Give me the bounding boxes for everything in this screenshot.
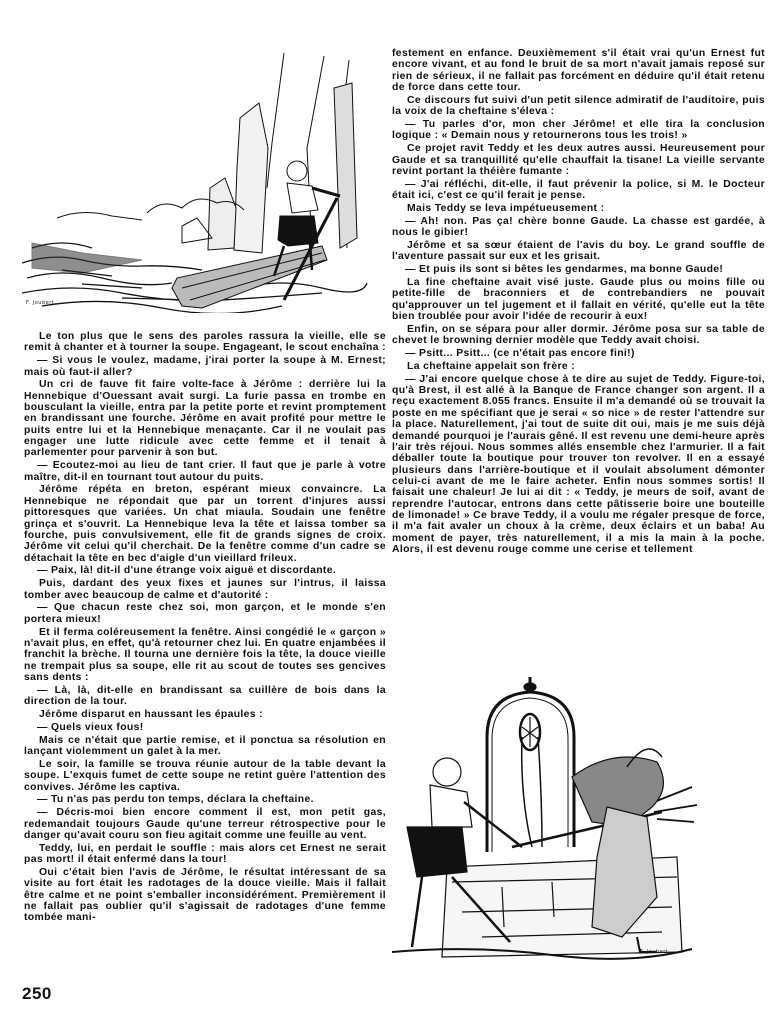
well-illustration: F. Joubert: [392, 677, 712, 972]
boat-illustration: F. Joubert: [22, 38, 372, 313]
paragraph-continued: festement en enfance. Deuxièmement s'il …: [392, 48, 765, 93]
page-number: 250: [22, 984, 52, 1004]
paragraph-dialog: — Psitt... Psitt... (ce n'était pas enco…: [392, 348, 765, 359]
paragraph: Mais Teddy se leva impétueusement :: [392, 203, 765, 214]
paragraph-dialog: — Quels vieux fous!: [24, 722, 386, 733]
paragraph: Ce projet ravit Teddy et les deux autres…: [392, 143, 765, 177]
paragraph: Jérôme disparut en haussant les épaules …: [24, 709, 386, 720]
boat-scene-drawing: [22, 38, 372, 313]
paragraph: Enfin, on se sépara pour aller dormir. J…: [392, 324, 765, 347]
paragraph: La fine cheftaine avait visé juste. Gaud…: [392, 277, 765, 322]
paragraph: Le ton plus que le sens des paroles rass…: [24, 331, 386, 354]
paragraph: Mais ce n'était que partie remise, et il…: [24, 735, 386, 758]
paragraph-dialog: — Paix, là! dit-il d'une étrange voix ai…: [24, 565, 386, 576]
paragraph: Teddy, lui, en perdait le souffle : mais…: [24, 843, 386, 866]
left-text-column: Le ton plus que le sens des paroles rass…: [24, 331, 386, 925]
paragraph: Puis, dardant des yeux fixes et jaunes s…: [24, 578, 386, 601]
paragraph-dialog: — Tu parles d'or, mon cher Jérôme! et el…: [392, 119, 765, 142]
paragraph-dialog: — J'ai encore quelque chose à te dire au…: [392, 374, 765, 556]
paragraph-dialog: — Ah! non. Pas ça! chère bonne Gaude. La…: [392, 216, 765, 239]
paragraph: Le soir, la famille se trouva réunie aut…: [24, 759, 386, 793]
paragraph: Jérôme et sa sœur étaient de l'avis du b…: [392, 240, 765, 263]
paragraph: Oui c'était bien l'avis de Jérôme, le ré…: [24, 867, 386, 924]
well-illustration-signature: F. Joubert: [640, 949, 668, 955]
paragraph-dialog: — Si vous le voulez, madame, j'irai port…: [24, 355, 386, 378]
right-text-column: festement en enfance. Deuxièmement s'il …: [392, 48, 765, 557]
paragraph-dialog: — Ecoutez-moi au lieu de tant crier. Il …: [24, 460, 386, 483]
boat-illustration-signature: F. Joubert: [26, 300, 54, 306]
paragraph-dialog: — J'ai réfléchi, dit-elle, il faut préve…: [392, 179, 765, 202]
paragraph: Et il ferma coléreusement la fenêtre. Ai…: [24, 627, 386, 684]
paragraph-dialog: — Tu n'as pas perdu ton temps, déclara l…: [24, 794, 386, 805]
paragraph: Jérôme répéta en breton, espérant mieux …: [24, 484, 386, 563]
paragraph: Un cri de fauve fit faire volte-face à J…: [24, 379, 386, 458]
paragraph-dialog: — Là, là, dit-elle en brandissant sa cui…: [24, 685, 386, 708]
paragraph-dialog: — Et puis ils sont si bêtes les gendarme…: [392, 264, 765, 275]
well-scene-drawing: [392, 677, 712, 972]
paragraph: Ce discours fut suivi d'un petit silence…: [392, 95, 765, 118]
paragraph-dialog: — Décris-moi bien encore comment il est,…: [24, 807, 386, 841]
paragraph: La cheftaine appelait son frère :: [392, 361, 765, 372]
paragraph-dialog: — Que chacun reste chez soi, mon garçon,…: [24, 602, 386, 625]
